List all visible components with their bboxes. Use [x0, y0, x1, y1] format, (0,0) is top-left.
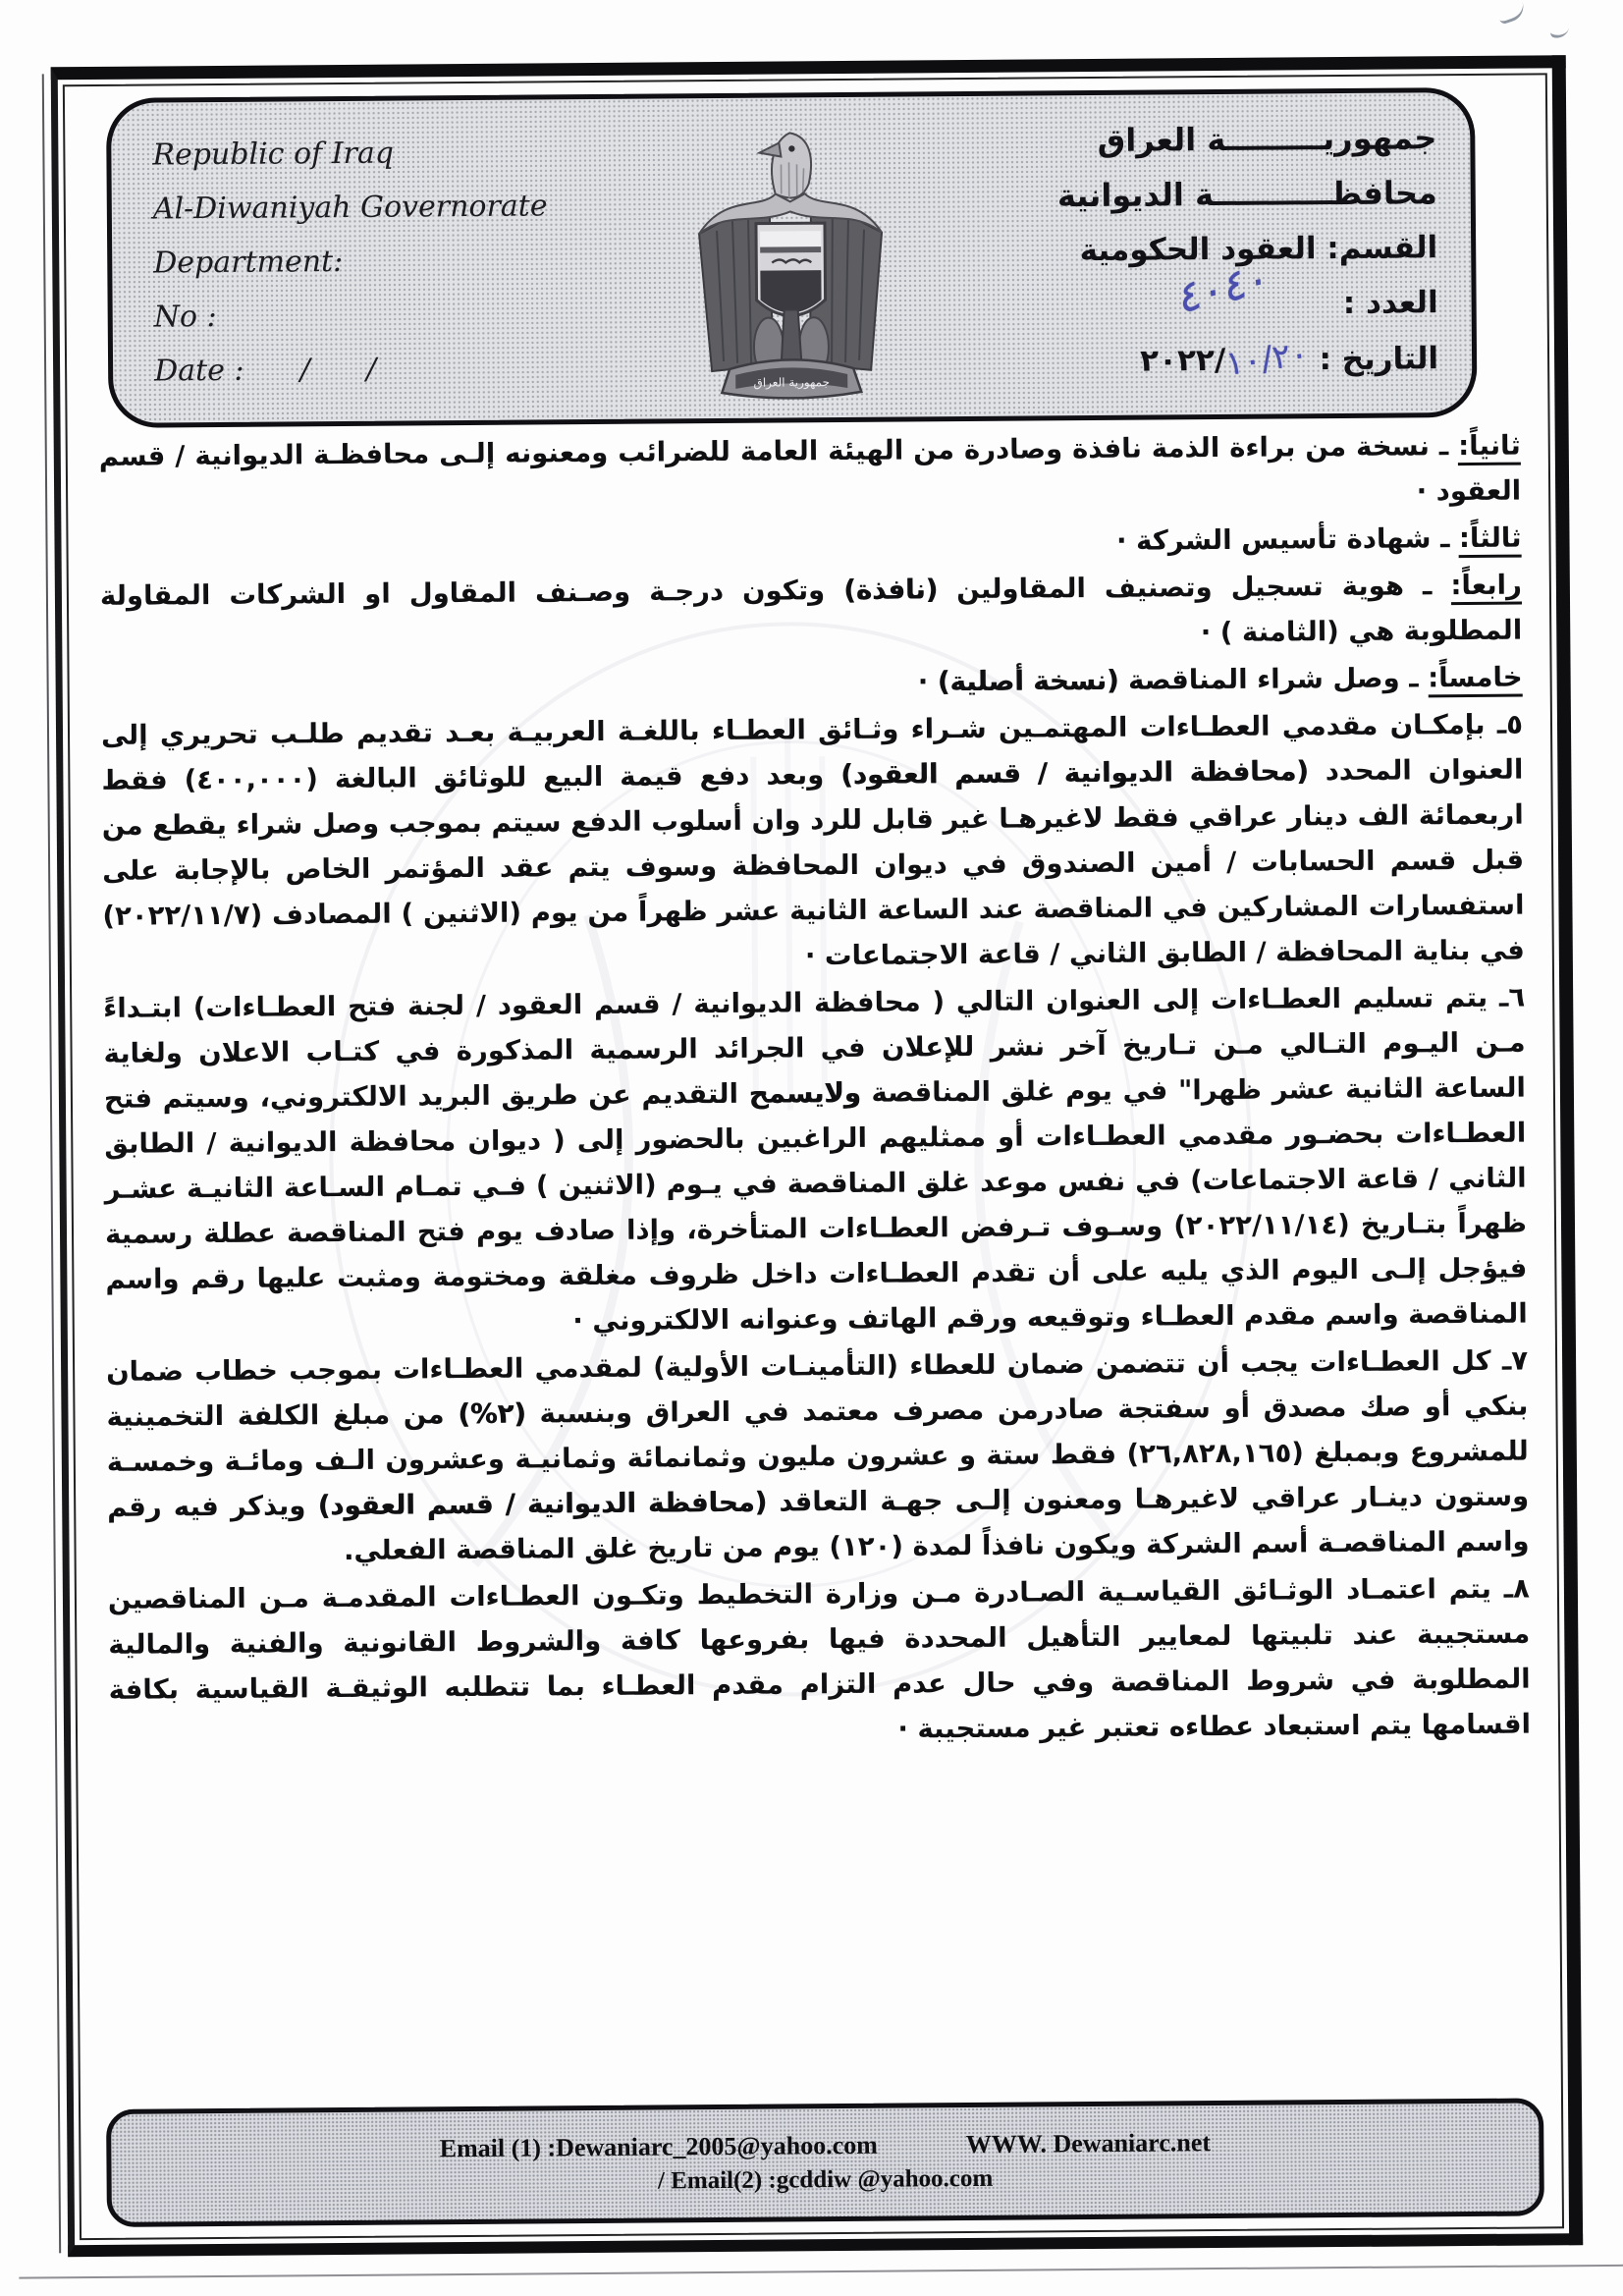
paragraph-text: ·: [918, 666, 938, 697]
body-paragraph: رابعاً: ـ هوية تسجيل وتصنيف المقاولين (ن…: [100, 563, 1523, 664]
paragraph-text: (محافظة الديوانية / قسم العقود): [317, 1487, 767, 1522]
letterhead-arabic: جمهوريـــــــــة العراق محافظـــــــــــ…: [946, 110, 1438, 390]
document-body: ثانياً: ـ نسخة من براءة الذمة نافذة وصاد…: [99, 423, 1532, 1760]
footer-email2: / Email(2) :gcddiw @yahoo.com: [658, 2165, 994, 2196]
paragraph-text: ـ شهادة تأسيس الشركة ·: [1116, 522, 1459, 557]
scanned-document-page: Republic of Iraq Al-Diwaniyah Governorat…: [0, 0, 1623, 2296]
footer-website: WWW. Dewaniarc.net: [966, 2128, 1211, 2159]
paragraph-text: ـ هوية تسجيل وتصنيف المقاولين: [938, 570, 1451, 605]
paragraph-text: ـ نسخة من براءة الذمة نافذة وصادرة من ال…: [99, 430, 1522, 507]
pen-scratch-mark: [1495, 0, 1528, 26]
page-edge-shadow: [19, 2265, 1623, 2279]
document-number-line: العدد : ٤٠٤٠: [947, 275, 1437, 334]
emblem-banner-text: جمهورية العراق: [753, 375, 830, 391]
paragraph-heading: خامساً:: [1428, 662, 1523, 698]
paragraph-text: (٢%): [458, 1398, 526, 1431]
letterhead: Republic of Iraq Al-Diwaniyah Governorat…: [106, 87, 1478, 428]
paragraph-heading: ثانياً:: [1458, 430, 1521, 465]
country-name-ar: جمهوريـــــــــة العراق: [946, 110, 1436, 169]
paragraph-heading: رابعاً:: [1450, 570, 1522, 606]
paragraph-text: ولايسمح: [749, 1077, 861, 1110]
paragraph-text: ـ وصل شراء المناقصة: [1118, 662, 1428, 695]
letterhead-english: Republic of Iraq Al-Diwaniyah Governorat…: [152, 125, 616, 399]
number-label-en: No :: [153, 287, 615, 345]
footer-gap: [878, 2153, 966, 2154]
footer-email1: Email (1) :Dewaniarc_2005@yahoo.com: [440, 2131, 878, 2164]
handwritten-date: ١٠/٢٠: [1222, 326, 1312, 391]
paragraph-text: (نافذة): [843, 574, 938, 606]
paragraph-text: ٨ـ يتم اعتمـاد الوثـائق القياسـية الصـاد…: [108, 1573, 1531, 1745]
date-year-printed: ٢٠٢٢/: [1140, 343, 1225, 379]
department-label-en: Department:: [153, 233, 615, 291]
date-label-ar: التاريخ :: [1319, 341, 1438, 377]
governorate-name-en: Al-Diwaniyah Governorate: [153, 179, 615, 237]
footer-line1: Email (1) :Dewaniarc_2005@yahoo.com WWW.…: [440, 2128, 1212, 2163]
governorate-name-ar: محافظـــــــــــة الديوانية: [947, 165, 1437, 224]
country-name-en: Republic of Iraq: [152, 125, 614, 183]
paragraph-heading: ثالثاً:: [1459, 522, 1522, 558]
paragraph-text: (نسخة أصلية): [938, 665, 1119, 697]
body-paragraph: ٧ـ كل العطـاءات يجب أن تتضمن ضمان للعطاء…: [106, 1339, 1530, 1575]
iraq-eagle-emblem-svg: جمهورية العراق: [676, 107, 904, 406]
paragraph-text: (محافظة الديوانية / قسم العقود): [840, 755, 1309, 791]
body-paragraph: ثانياً: ـ نسخة من براءة الذمة نافذة وصاد…: [99, 423, 1522, 524]
body-paragraph: ٥ـ بإمكـان مقدمي العطـاءات المهتمـين شـر…: [101, 702, 1525, 984]
date-label-en: Date : / /: [154, 341, 616, 399]
body-paragraph: ٦ـ يتم تسليم العطـاءات إلى العنوان التال…: [103, 975, 1528, 1347]
paragraph-text: التقديم عن طريق البريد الالكتروني، وسيتم…: [104, 1078, 1528, 1337]
pen-scratch-mark: [1549, 23, 1569, 40]
footer-contact-box: Email (1) :Dewaniarc_2005@yahoo.com WWW.…: [106, 2098, 1544, 2226]
paragraph-text: وبعد دفع قيمة البيع للوثائق البالغة (٤٠٠…: [101, 759, 1525, 971]
body-paragraph: ٨ـ يتم اعتمـاد الوثـائق القياسـية الصـاد…: [108, 1566, 1531, 1758]
iraq-eagle-emblem: جمهورية العراق: [676, 107, 904, 406]
document-date-line: التاريخ : ٢٠٢٢/١٠/٢٠: [947, 330, 1438, 390]
number-label-ar: العدد :: [1343, 285, 1438, 321]
